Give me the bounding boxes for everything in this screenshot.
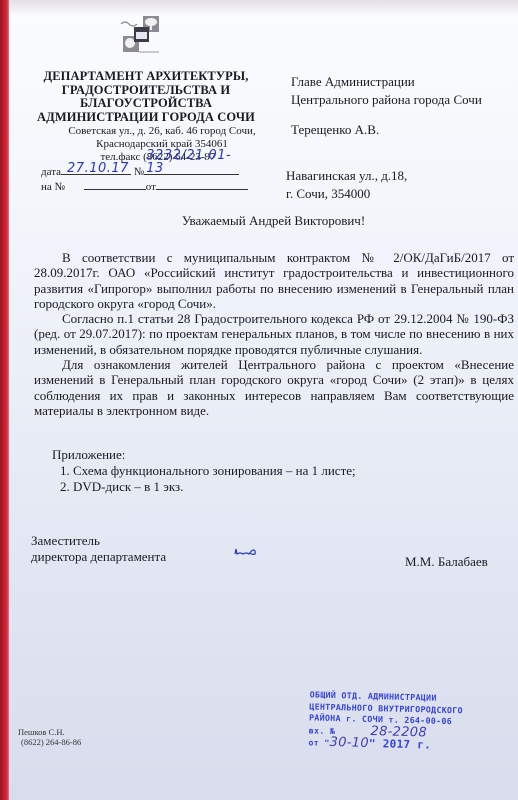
signer-title-line: Заместитель bbox=[31, 533, 166, 549]
date-value: 27.10.17 bbox=[67, 162, 129, 175]
addressee-line: Главе Администрации bbox=[291, 73, 482, 91]
address-line: Навагинская ул., д.18, bbox=[286, 167, 407, 185]
signer-title-line: директора департамента bbox=[31, 549, 166, 565]
ref-label: на № bbox=[41, 181, 65, 193]
signer-title: Заместитель директора департамента bbox=[31, 533, 166, 565]
attachments: Приложение: 1. Схема функционального зон… bbox=[52, 447, 356, 495]
stamp-date-value: 30-10 bbox=[329, 735, 369, 751]
letter-page: ДЕПАРТАМЕНТ АРХИТЕКТУРЫ, ГРАДОСТРОИТЕЛЬС… bbox=[9, 0, 518, 800]
department-line: ДЕПАРТАМЕНТ АРХИТЕКТУРЫ, bbox=[31, 70, 261, 84]
signer-name: М.М. Балабаев bbox=[405, 554, 488, 570]
date-label: дата bbox=[41, 166, 61, 178]
body-paragraph: Для ознакомления жителей Центрального ра… bbox=[34, 357, 514, 418]
ref-from-label: от bbox=[146, 181, 156, 193]
attachments-title: Приложение: bbox=[52, 447, 356, 463]
addressee-name: Терещенко А.В. bbox=[291, 121, 482, 139]
sender-department: ДЕПАРТАМЕНТ АРХИТЕКТУРЫ, ГРАДОСТРОИТЕЛЬС… bbox=[31, 70, 261, 124]
executor-info: Пешков С.Н. (8622) 264-86-86 bbox=[18, 727, 81, 747]
department-logo-icon bbox=[117, 10, 165, 58]
signature-mark-icon bbox=[234, 546, 258, 556]
addressee-block: Главе Администрации Центрального района … bbox=[291, 73, 482, 139]
outgoing-ref-line: дата27.10.17 №3232/21.01-13 bbox=[41, 163, 239, 179]
address-line: г. Сочи, 354000 bbox=[286, 185, 407, 203]
number-value: 3232/21.01-13 bbox=[146, 149, 239, 175]
addressee-line: Центрального района города Сочи bbox=[291, 91, 482, 109]
registration-stamp: ОБЩИЙ ОТД. АДМИНИСТРАЦИИ ЦЕНТРАЛЬНОГО ВН… bbox=[308, 689, 509, 754]
department-line: АДМИНИСТРАЦИИ ГОРОДА СОЧИ bbox=[19, 111, 273, 125]
body-paragraph: В соответствии с муниципальным контракто… bbox=[34, 250, 514, 311]
salutation: Уважаемый Андрей Викторович! bbox=[9, 213, 518, 229]
addressee-address: Навагинская ул., д.18, г. Сочи, 354000 bbox=[286, 167, 407, 203]
stamp-in-label: вх. № bbox=[309, 725, 336, 736]
stamp-date-suffix: " 2017 г. bbox=[369, 737, 432, 752]
address-line: Советская ул., д. 26, каб. 46 город Сочи… bbox=[57, 125, 267, 138]
attachment-item: 2. DVD-диск – в 1 экз. bbox=[52, 479, 356, 495]
body-paragraph: Согласно п.1 статьи 28 Градостроительног… bbox=[34, 311, 514, 357]
executor-phone: (8622) 264-86-86 bbox=[18, 737, 81, 747]
incoming-ref-line: на № от bbox=[41, 178, 248, 194]
department-line: БЛАГОУСТРОЙСТВА bbox=[31, 97, 261, 111]
executor-name: Пешков С.Н. bbox=[18, 727, 81, 737]
department-line: ГРАДОСТРОИТЕЛЬСТВА И bbox=[31, 84, 261, 98]
page-top-strip bbox=[9, 0, 518, 14]
letter-body: В соответствии с муниципальным контракто… bbox=[34, 250, 514, 418]
number-label: № bbox=[134, 166, 145, 178]
attachment-item: 1. Схема функционального зонирования – н… bbox=[52, 463, 356, 479]
stamp-date-prefix: от " bbox=[308, 737, 329, 748]
